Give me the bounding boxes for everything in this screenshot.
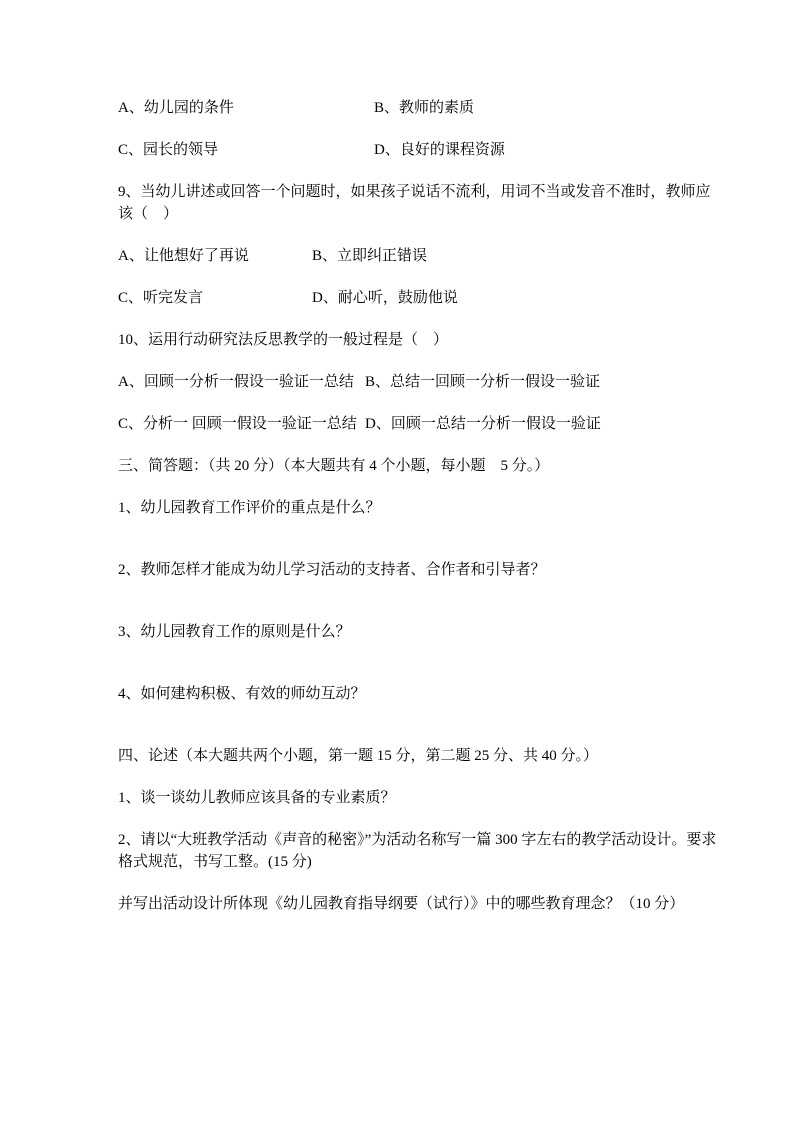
section4-question-2: 2、请以“大班教学活动《声音的秘密》”为活动名称写一篇 300 字左右的教学活动… xyxy=(118,829,718,873)
section3-question-1: 1、幼儿园教育工作评价的重点是什么？ xyxy=(118,497,718,519)
q8-option-c: C、园长的领导 xyxy=(118,139,374,161)
q8-options-row-cd: C、园长的领导D、良好的课程资源 xyxy=(118,139,718,161)
q9-option-c: C、听完发言 xyxy=(118,287,312,309)
section3-question-4: 4、如何建构积极、有效的师幼互动？ xyxy=(118,683,718,705)
q8-options-row-ab: A、幼儿园的条件B、教师的素质 xyxy=(118,97,718,119)
exam-document-page: A、幼儿园的条件B、教师的素质 C、园长的领导D、良好的课程资源 9、当幼儿讲述… xyxy=(0,0,794,1123)
section3-heading: 三、简答题：（共 20 分）（本大题共有 4 个小题，每小题 5 分。） xyxy=(118,455,718,477)
q10-stem: 10、运用行动研究法反思教学的一般过程是（ ） xyxy=(118,329,718,351)
section4-question-1: 1、谈一谈幼儿教师应该具备的专业素质？ xyxy=(118,787,718,809)
q9-option-b: B、立即纠正错误 xyxy=(312,248,427,264)
q9-option-d: D、耐心听，鼓励他说 xyxy=(312,290,458,306)
q10-options-row-ab: A、回顾一分析一假设一验证一总结B、总结一回顾一分析一假设一验证 xyxy=(118,371,718,393)
q8-option-d: D、良好的课程资源 xyxy=(374,142,505,158)
q9-options-row-cd: C、听完发言D、耐心听，鼓励他说 xyxy=(118,287,718,309)
q10-option-c: C、分析一 回顾一假设一验证一总结 xyxy=(118,413,365,435)
q8-option-b: B、教师的素质 xyxy=(374,100,474,116)
q10-option-a: A、回顾一分析一假设一验证一总结 xyxy=(118,371,365,393)
q8-option-a: A、幼儿园的条件 xyxy=(118,97,374,119)
q10-option-d: D、回顾一总结一分析一假设一验证 xyxy=(365,416,601,432)
section4-question-2-note: 并写出活动设计所体现《幼儿园教育指导纲要（试行）》中的哪些教育理念？（10 分） xyxy=(118,893,718,915)
q10-options-row-cd: C、分析一 回顾一假设一验证一总结D、回顾一总结一分析一假设一验证 xyxy=(118,413,718,435)
q10-option-b: B、总结一回顾一分析一假设一验证 xyxy=(365,374,600,390)
section3-question-3: 3、幼儿园教育工作的原则是什么？ xyxy=(118,621,718,643)
q9-option-a: A、让他想好了再说 xyxy=(118,245,312,267)
q9-stem: 9、当幼儿讲述或回答一个问题时，如果孩子说话不流利，用词不当或发音不准时，教师应… xyxy=(118,181,718,225)
section3-question-2: 2、教师怎样才能成为幼儿学习活动的支持者、合作者和引导者？ xyxy=(118,559,718,581)
section4-heading: 四、论述（本大题共两个小题，第一题 15 分，第二题 25 分、共 40 分。） xyxy=(118,745,718,767)
q9-options-row-ab: A、让他想好了再说B、立即纠正错误 xyxy=(118,245,718,267)
